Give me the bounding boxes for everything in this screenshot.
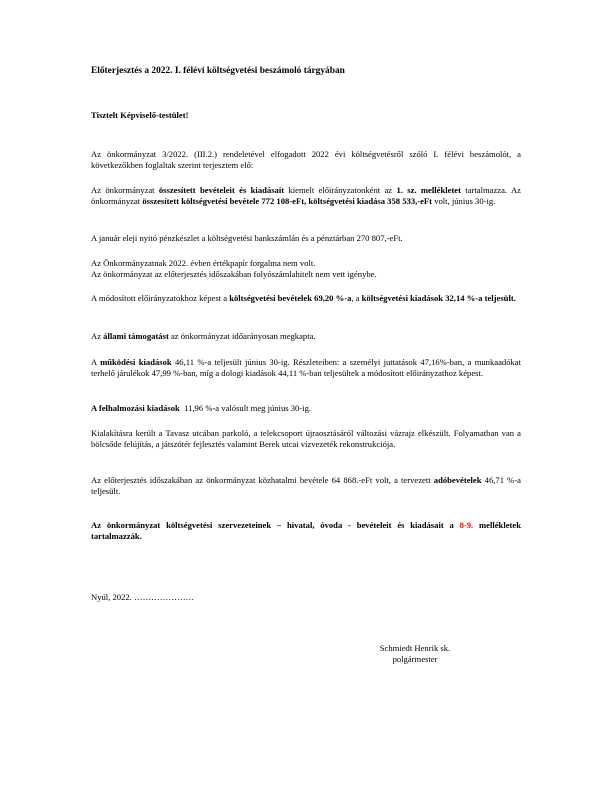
text-segment: , a: [351, 293, 361, 303]
text-segment: Az előterjesztés időszakában az önkormán…: [91, 475, 434, 485]
bold-segment: A felhalmozási kiadások: [91, 403, 180, 413]
paragraph-performance: A módosított előirányzatokhoz képest a k…: [91, 293, 521, 304]
paragraph-opening-cash-text: A január eleji nyitó pénzkészlet a költs…: [91, 233, 521, 244]
document-page: Előterjesztés a 2022. I. félévi költségv…: [0, 0, 612, 792]
document-title: Előterjesztés a 2022. I. félévi költségv…: [91, 66, 345, 77]
paragraph-state-support: Az állami támogatást az önkormányzat idő…: [91, 331, 521, 342]
paragraph-institutions: Az önkormányzat költségvetési szervezete…: [91, 520, 521, 542]
bold-segment: költségvetési kiadások 32,14 %-a teljesü…: [362, 293, 516, 303]
place-and-date: Nyúl, 2022. …………………: [91, 592, 194, 603]
signatory-name: Schmiedt Henrik sk.: [360, 643, 470, 654]
credit-line: Az önkormányzat az előterjesztés időszak…: [91, 269, 521, 280]
text-segment: kiemelt előirányzatonként az: [284, 185, 396, 195]
paragraph-capital-expenses: A felhalmozási kiadások 11,96 %-a valósu…: [91, 403, 521, 414]
text-segment: A módosított előirányzatokhoz képest a: [91, 293, 229, 303]
bold-segment: összesített bevételeit és kiadásait: [159, 185, 284, 195]
bold-segment: adóbevételek: [434, 475, 482, 485]
salutation: Tisztelt Képviselő-testület!: [91, 110, 188, 121]
signature-block: Schmiedt Henrik sk. polgármester: [360, 643, 470, 665]
bold-segment: költségvetési bevételek 69,20 %-a: [229, 293, 351, 303]
paragraph-securities-credit: Az Önkormányzatnak 2022. évben értékpapí…: [91, 258, 521, 280]
bold-segment: összesített költségvetési bevétele 772 1…: [142, 196, 432, 206]
paragraph-operating-expenses: A működési kiadások 46,11 %-a teljesült …: [91, 357, 521, 379]
bold-segment: Az önkormányzat költségvetési szervezete…: [91, 520, 460, 530]
bold-segment: állami támogatást: [103, 331, 169, 341]
paragraph-public-revenue: Az előterjesztés időszakában az önkormán…: [91, 475, 521, 497]
bold-segment: működési kiadások: [100, 357, 172, 367]
text-segment: 11,96 %-a valósult meg június 30-ig.: [180, 403, 311, 413]
securities-line: Az Önkormányzatnak 2022. évben értékpapí…: [91, 258, 521, 269]
paragraph-opening-cash: A január eleji nyitó pénzkészlet a költs…: [91, 233, 521, 244]
attachment-reference: 1. sz. mellékletet: [396, 185, 461, 195]
text-segment: Az önkormányzat: [91, 185, 159, 195]
paragraph-projects: Kialakításra került a Tavasz utcában par…: [91, 428, 521, 450]
attachment-reference-highlight: 8-9.: [460, 520, 474, 530]
text-segment: Az: [91, 331, 103, 341]
signatory-role: polgármester: [360, 654, 470, 665]
paragraph-projects-text: Kialakításra került a Tavasz utcában par…: [91, 428, 521, 450]
paragraph-intro-text: Az önkormányzat 3/2022. (III.2.) rendele…: [91, 149, 521, 171]
text-segment: A: [91, 357, 100, 367]
paragraph-summary-totals: Az önkormányzat összesített bevételeit é…: [91, 185, 521, 207]
text-segment: volt, június 30-ig.: [432, 196, 495, 206]
paragraph-intro: Az önkormányzat 3/2022. (III.2.) rendele…: [91, 149, 521, 171]
text-segment: az önkormányzat időarányosan megkapta.: [169, 331, 316, 341]
